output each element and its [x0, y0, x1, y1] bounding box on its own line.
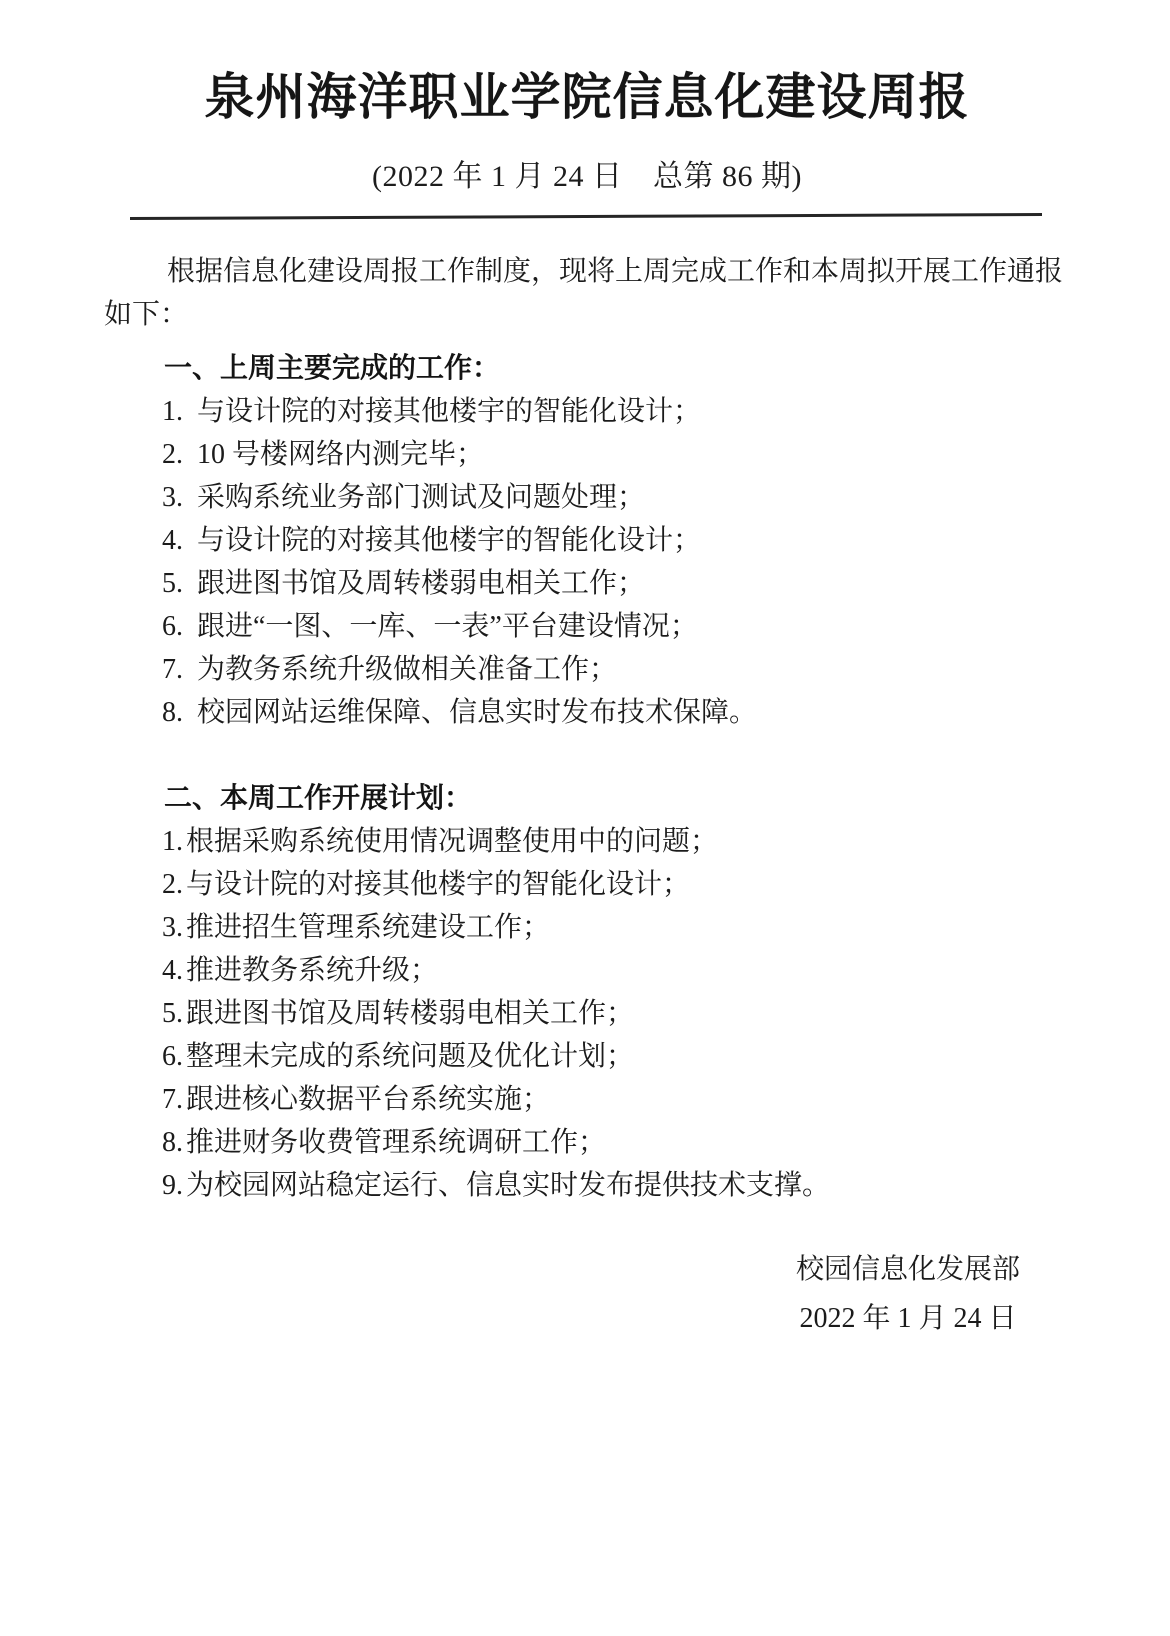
item-number: 8.	[162, 691, 183, 734]
item-number: 1.	[162, 820, 183, 863]
item-number: 5.	[162, 562, 183, 605]
item-text: 与设计院的对接其他楼宇的智能化设计；	[197, 525, 701, 556]
signature-block: 校园信息化发展部 2022 年 1 月 24 日	[104, 1245, 1020, 1343]
item-text: 为校园网站稳定运行、信息实时发布提供技术支撑。	[186, 1170, 830, 1201]
item-number: 3.	[162, 476, 183, 519]
list-item: 3.采购系统业务部门测试及问题处理；	[162, 476, 1070, 519]
item-number: 2.	[162, 433, 183, 476]
list-item: 5.跟进图书馆及周转楼弱电相关工作；	[162, 992, 1070, 1035]
list-item: 8.推进财务收费管理系统调研工作；	[162, 1121, 1070, 1164]
list-item: 9.为校园网站稳定运行、信息实时发布提供技术支撑。	[162, 1164, 1070, 1207]
item-number: 4.	[162, 519, 183, 562]
item-number: 6.	[162, 605, 183, 648]
item-text: 推进财务收费管理系统调研工作；	[186, 1127, 606, 1158]
list-item: 8.校园网站运维保障、信息实时发布技术保障。	[162, 691, 1070, 734]
section1-list: 1.与设计院的对接其他楼宇的智能化设计； 2.10 号楼网络内测完毕； 3.采购…	[162, 390, 1070, 734]
list-item: 3.推进招生管理系统建设工作；	[162, 906, 1070, 949]
item-text: 跟进图书馆及周转楼弱电相关工作；	[197, 568, 645, 599]
item-text: 跟进图书馆及周转楼弱电相关工作；	[186, 998, 634, 1029]
item-text: 采购系统业务部门测试及问题处理；	[197, 482, 645, 513]
list-item: 1.根据采购系统使用情况调整使用中的问题；	[162, 820, 1070, 863]
item-text: 跟进核心数据平台系统实施；	[186, 1084, 550, 1115]
section1-heading: 一、上周主要完成的工作：	[164, 347, 1070, 390]
item-number: 4.	[162, 949, 183, 992]
item-text: 整理未完成的系统问题及优化计划；	[186, 1041, 634, 1072]
item-number: 1.	[162, 390, 183, 433]
item-number: 2.	[162, 863, 183, 906]
item-text: 跟进“一图、一库、一表”平台建设情况；	[197, 611, 698, 642]
item-number: 7.	[162, 648, 183, 691]
title-divider-rule	[130, 213, 1042, 220]
document-subtitle: (2022 年 1 月 24 日 总第 86 期)	[104, 151, 1070, 195]
item-number: 6.	[162, 1035, 183, 1078]
list-item: 2.与设计院的对接其他楼宇的智能化设计；	[162, 863, 1070, 906]
section2-list: 1.根据采购系统使用情况调整使用中的问题； 2.与设计院的对接其他楼宇的智能化设…	[162, 820, 1070, 1207]
item-number: 3.	[162, 906, 183, 949]
list-item: 7.为教务系统升级做相关准备工作；	[162, 648, 1070, 691]
item-number: 9.	[162, 1164, 183, 1207]
section2-heading: 二、本周工作开展计划：	[164, 777, 1070, 820]
item-text: 为教务系统升级做相关准备工作；	[197, 654, 617, 685]
signature-date: 2022 年 1 月 24 日	[796, 1294, 1020, 1343]
item-text: 校园网站运维保障、信息实时发布技术保障。	[197, 697, 757, 728]
item-text: 根据采购系统使用情况调整使用中的问题；	[186, 826, 718, 857]
document-content: 泉州海洋职业学院信息化建设周报 (2022 年 1 月 24 日 总第 86 期…	[0, 0, 1170, 1343]
list-item: 6.跟进“一图、一库、一表”平台建设情况；	[162, 605, 1070, 648]
list-item: 4.与设计院的对接其他楼宇的智能化设计；	[162, 519, 1070, 562]
item-text: 10 号楼网络内测完毕；	[197, 439, 484, 470]
item-text: 推进教务系统升级；	[186, 955, 438, 986]
list-item: 5.跟进图书馆及周转楼弱电相关工作；	[162, 562, 1070, 605]
intro-paragraph: 根据信息化建设周报工作制度，现将上周完成工作和本周拟开展工作通报如下：	[104, 250, 1070, 336]
list-item: 2.10 号楼网络内测完毕；	[162, 433, 1070, 476]
list-item: 6.整理未完成的系统问题及优化计划；	[162, 1035, 1070, 1078]
item-text: 与设计院的对接其他楼宇的智能化设计；	[186, 869, 690, 900]
item-text: 与设计院的对接其他楼宇的智能化设计；	[197, 396, 701, 427]
list-item: 1.与设计院的对接其他楼宇的智能化设计；	[162, 390, 1070, 433]
item-number: 8.	[162, 1121, 183, 1164]
signature-inner: 校园信息化发展部 2022 年 1 月 24 日	[796, 1245, 1020, 1343]
document-page: 泉州海洋职业学院信息化建设周报 (2022 年 1 月 24 日 总第 86 期…	[0, 0, 1170, 1636]
signature-department: 校园信息化发展部	[796, 1245, 1020, 1294]
list-item: 4.推进教务系统升级；	[162, 949, 1070, 992]
item-text: 推进招生管理系统建设工作；	[186, 912, 550, 943]
item-number: 7.	[162, 1078, 183, 1121]
document-title: 泉州海洋职业学院信息化建设周报	[104, 66, 1070, 129]
list-item: 7.跟进核心数据平台系统实施；	[162, 1078, 1070, 1121]
item-number: 5.	[162, 992, 183, 1035]
